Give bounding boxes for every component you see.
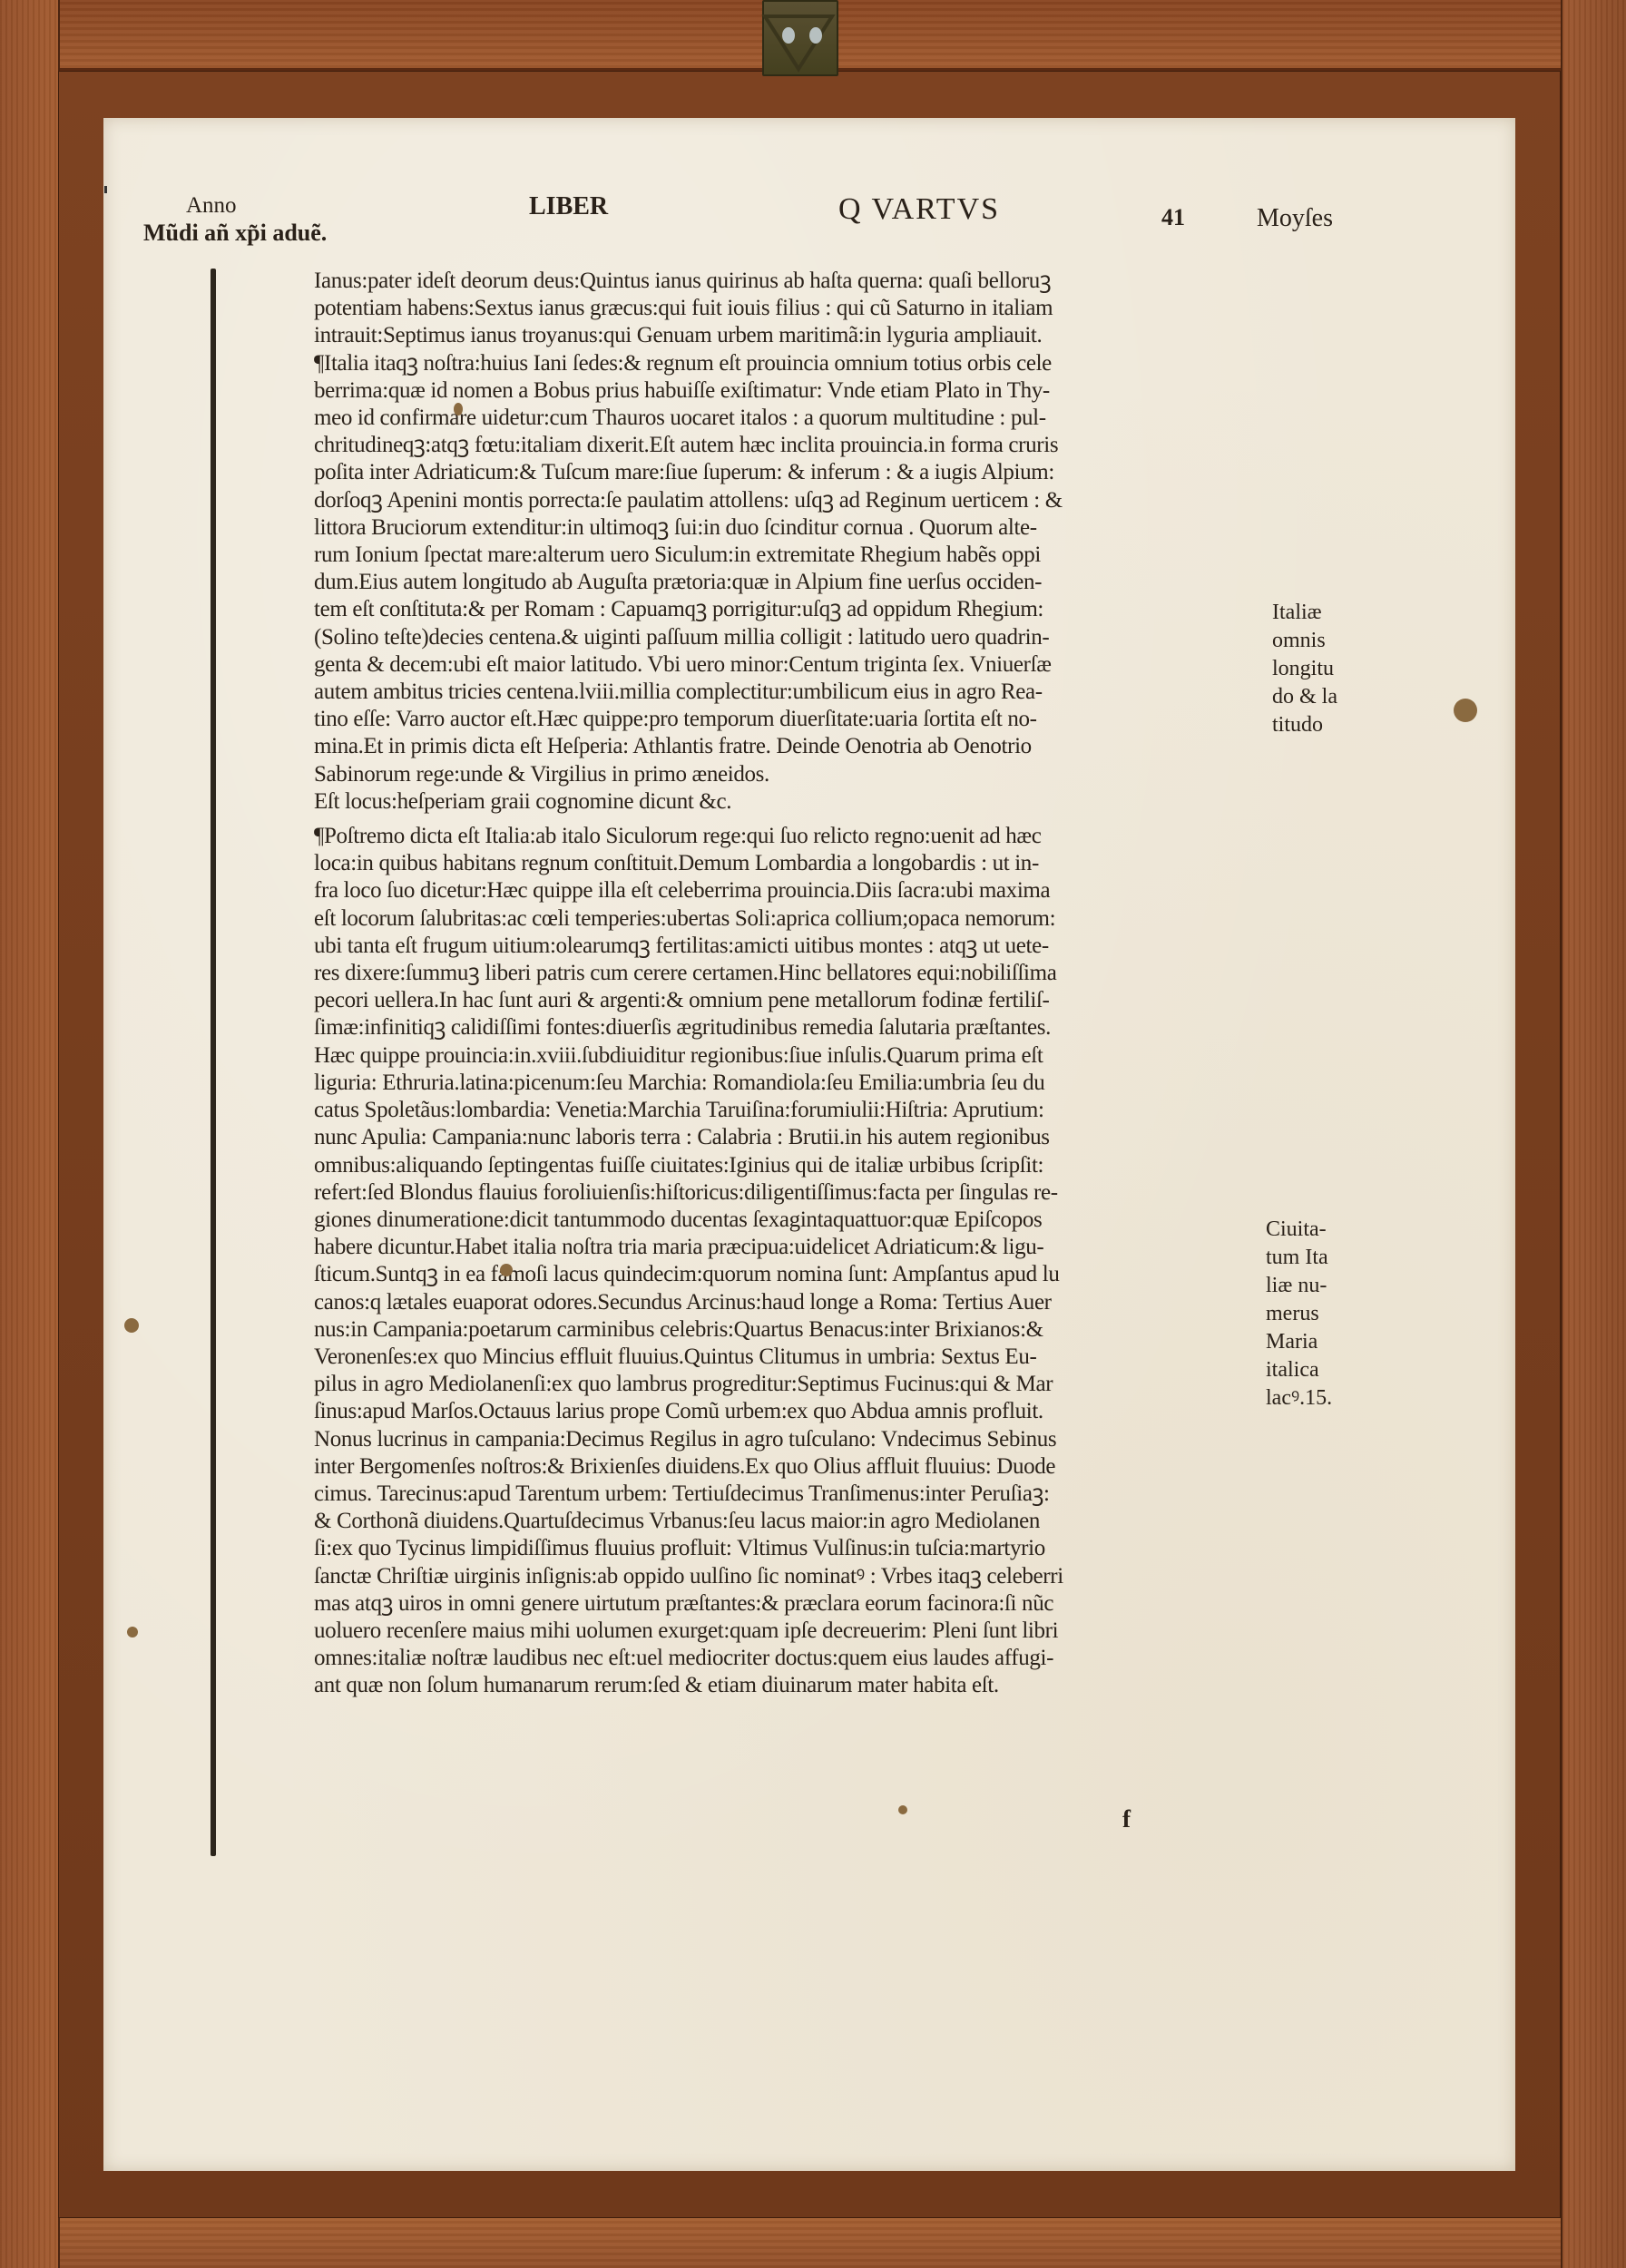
- running-head-mundi: Mũdi añ xp̃i aduẽ.: [143, 220, 327, 247]
- text-line: giones dinumeratione:dicit tantummodo du…: [314, 1207, 1267, 1234]
- text-line: ſticum.Suntqꝫ in ea famoſi lacus quindec…: [314, 1261, 1267, 1288]
- text-line: eſt locorum ſalubritas:ac cœli temperies…: [314, 905, 1267, 933]
- running-head-anno: Anno: [186, 193, 237, 219]
- text-line: intrauit:Septimus ianus troyanus:qui Gen…: [314, 322, 1267, 349]
- text-line: ubi tanta eſt frugum uitium:olearumqꝫ fe…: [314, 933, 1267, 960]
- text-line: Hæc quippe prouincia:in.xviii.ſubdiuidit…: [314, 1042, 1267, 1070]
- text-line: tem eſt conſtituta:& per Romam : Capuamq…: [314, 596, 1267, 623]
- main-text-column: Ianus:pater ideſt deorum deus:Quintus ia…: [314, 268, 1267, 1700]
- text-line: omnes:italiæ noſtræ laudibus nec eſt:uel…: [314, 1645, 1267, 1672]
- text-line: genta & decem:ubi eſt maior latitudo. Vb…: [314, 651, 1267, 679]
- text-line: Ianus:pater ideſt deorum deus:Quintus ia…: [314, 268, 1267, 295]
- text-line: Sabinorum rege:unde & Virgilius in primo…: [314, 761, 1267, 788]
- gloss-line: italica: [1266, 1356, 1332, 1384]
- text-line: omnibus:aliquando ſeptingentas fuiſſe ci…: [314, 1152, 1267, 1179]
- text-line: Nonus lucrinus in campania:Decimus Regil…: [314, 1426, 1267, 1453]
- gloss-line: titudo: [1272, 711, 1337, 739]
- text-line: pilus in agro Mediolanenſi:ex quo lambru…: [314, 1371, 1267, 1398]
- foxing-stain: [500, 1264, 513, 1276]
- gloss-line: lacꝰ.15.: [1266, 1384, 1332, 1413]
- text-line: ſimæ:infinitiqꝫ calidiſſimi fontes:diuer…: [314, 1014, 1267, 1041]
- text-line: dum.Eius autem longitudo ab Auguſta præt…: [314, 569, 1267, 596]
- marginal-gloss-length-width: Italiæ omnis longitu do & la titudo: [1272, 599, 1337, 739]
- text-line: fra loco ſuo dicetur:Hæc quippe illa eſt…: [314, 877, 1267, 904]
- text-line: potentiam habens:Sextus ianus græcus:qui…: [314, 295, 1267, 322]
- text-line: tino eſſe: Varro auctor eſt.Hæc quippe:p…: [314, 706, 1267, 733]
- text-line: ¶Poſtremo dicta eſt Italia:ab italo Sicu…: [314, 823, 1267, 850]
- text-line: ſanctæ Chriſtiæ uirginis inſignis:ab opp…: [314, 1563, 1267, 1590]
- printed-page: Anno Mũdi añ xp̃i aduẽ. LIBER Q VARTVS 4…: [0, 0, 1626, 2268]
- foxing-stain: [127, 1627, 138, 1637]
- text-line: & Corthonã diuidens.Quartuſdecimus Vrban…: [314, 1508, 1267, 1535]
- text-line: ſinus:apud Marſos.Octauus larius prope C…: [314, 1398, 1267, 1425]
- text-line: rum Ionium ſpectat mare:alterum uero Sic…: [314, 542, 1267, 569]
- folio-number: 41: [1161, 204, 1185, 231]
- marginal-gloss-cities-seas-lakes: Ciuita- tum Ita liæ nu- merus Maria ital…: [1266, 1216, 1332, 1413]
- gloss-line: Italiæ: [1272, 599, 1337, 627]
- gloss-line: Maria: [1266, 1328, 1332, 1356]
- text-line: berrima:quæ id nomen a Bobus prius habui…: [314, 377, 1267, 405]
- gloss-line: do & la: [1272, 683, 1337, 711]
- foxing-stain: [1454, 699, 1477, 722]
- gloss-line: merus: [1266, 1300, 1332, 1328]
- text-line: liguria: Ethruria.latina:picenum:ſeu Mar…: [314, 1070, 1267, 1097]
- text-line: pecori uellera.In hac ſunt auri & argent…: [314, 987, 1267, 1014]
- text-line: cimus. Tarecinus:apud Tarentum urbem: Te…: [314, 1481, 1267, 1508]
- text-line: Eſt locus:heſperiam graii cognomine dicu…: [314, 788, 1267, 816]
- text-line: (Solino teſte)decies centena.& uiginti p…: [314, 624, 1267, 651]
- gloss-line: Ciuita-: [1266, 1216, 1332, 1244]
- running-head-liber: LIBER: [529, 192, 608, 221]
- text-line: refert:ſed Blondus flauius foroliuienſis…: [314, 1179, 1267, 1207]
- text-line: mas atqꝫ uiros in omni genere uirtutum p…: [314, 1590, 1267, 1618]
- text-line: ſi:ex quo Tycinus limpidiſſimus fluuius …: [314, 1535, 1267, 1562]
- text-line: littora Bruciorum extenditur:in ultimoqꝫ…: [314, 514, 1267, 542]
- text-line: inter Bergomenſes noſtros:& Brixienſes d…: [314, 1453, 1267, 1481]
- text-line: autem ambitus tricies centena.lviii.mill…: [314, 679, 1267, 706]
- text-line: dorſoqꝫ Apenini montis porrecta:ſe paula…: [314, 487, 1267, 514]
- text-line: canos:q lætales euaporat odores.Secundus…: [314, 1289, 1267, 1316]
- foxing-stain: [454, 403, 463, 415]
- foxing-stain: [124, 1318, 139, 1333]
- text-line: poſita inter Adriaticum:& Tuſcum mare:ſi…: [314, 459, 1267, 486]
- text-line: habere dicuntur.Habet italia noſtra tria…: [314, 1234, 1267, 1261]
- signature-mark: f: [1122, 1805, 1131, 1833]
- text-line: nunc Apulia: Campania:nunc laboris terra…: [314, 1124, 1267, 1151]
- text-line: res dixere:ſummuꝫ liberi patris cum cere…: [314, 960, 1267, 987]
- text-line: Veronenſes:ex quo Mincius effluit fluuiu…: [314, 1344, 1267, 1371]
- text-line: ant quæ non ſolum humanarum rerum:ſed & …: [314, 1672, 1267, 1699]
- gloss-line: longitu: [1272, 655, 1337, 683]
- paragraph-gap: [314, 816, 1267, 823]
- text-line: uoluero recenſere maius mihi uolumen exu…: [314, 1618, 1267, 1645]
- running-head-quartus: Q VARTVS: [838, 192, 1000, 227]
- text-line: loca:in quibus habitans regnum conſtitui…: [314, 850, 1267, 877]
- text-line: nus:in Campania:poetarum carminibus cele…: [314, 1316, 1267, 1344]
- gloss-line: liæ nu-: [1266, 1272, 1332, 1300]
- text-line: catus Spoletãus:lombardia: Venetia:March…: [314, 1097, 1267, 1124]
- text-line: ¶Italia itaqꝫ noſtra:huius Iani ſedes:& …: [314, 350, 1267, 377]
- margin-mark: [104, 186, 107, 193]
- foxing-stain: [898, 1805, 907, 1814]
- text-line: chritudineqꝫ:atqꝫ fœtu:italiam dixerit.E…: [314, 432, 1267, 459]
- running-head-moyses: Moyſes: [1257, 204, 1333, 233]
- gloss-line: omnis: [1272, 627, 1337, 655]
- text-line: mina.Et in primis dicta eſt Heſperia: At…: [314, 733, 1267, 760]
- gloss-line: tum Ita: [1266, 1244, 1332, 1272]
- vertical-rule: [211, 269, 216, 1856]
